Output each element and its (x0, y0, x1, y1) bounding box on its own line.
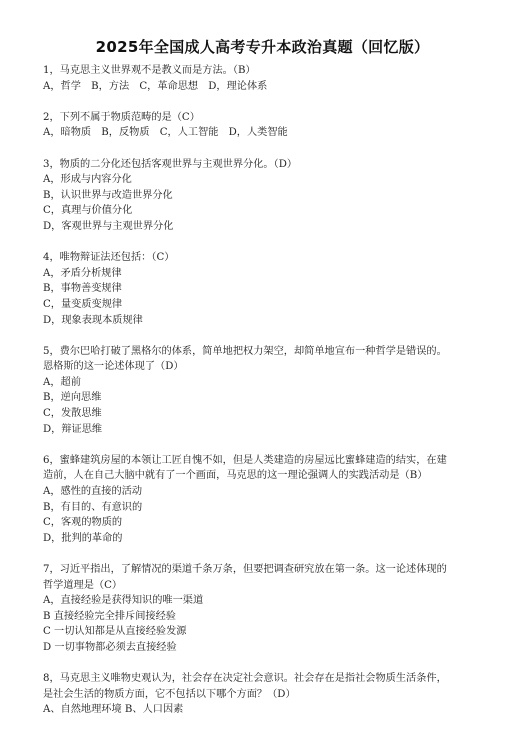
option-c: C，真理与价值分化 (43, 203, 483, 219)
option-b: B，认识世界与改造世界分化 (43, 188, 483, 204)
question-stem: 7，习近平指出，了解情况的渠道千条万条，但要把调查研究放在第一条。这一论述体现的 (43, 562, 483, 578)
option-b: B，逆向思维 (43, 390, 483, 406)
question-options: A，哲学 B，方法 C，革命思想 D，理论体系 (43, 79, 483, 95)
question-4: 4，唯物辩证法还包括：（C） A，矛盾分析规律 B，事物善变规律 C，量变质变规… (43, 250, 483, 328)
question-8: 8，马克思主义唯物史观认为，社会存在决定社会意识。社会存在是指社会物质生活条件，… (43, 671, 483, 718)
option-a: A，形成与内容分化 (43, 172, 483, 188)
question-stem: 3，物质的二分化还包括客观世界与主观世界分化。（D） (43, 157, 483, 173)
question-stem: 6，蜜蜂建筑房屋的本领让工匠自愧不如，但是人类建造的房屋远比蜜蜂建造的结实，在建 (43, 453, 483, 469)
question-stem-cont: 是社会生活的物质方面，它不包括以下哪个方面？（D） (43, 687, 483, 703)
question-5: 5，费尔巴哈打破了黑格尔的体系，简单地把权力架空，却简单地宣布一种哲学是错误的。… (43, 344, 483, 438)
option-d: D，客观世界与主观世界分化 (43, 219, 483, 235)
option-a: A，感性的直接的活动 (43, 484, 483, 500)
option-a: A，矛盾分析规律 (43, 266, 483, 282)
question-stem: 4，唯物辩证法还包括：（C） (43, 250, 483, 266)
question-7: 7，习近平指出，了解情况的渠道千条万条，但要把调查研究放在第一条。这一论述体现的… (43, 562, 483, 656)
option-d: D，批判的革命的 (43, 531, 483, 547)
question-stem: 5，费尔巴哈打破了黑格尔的体系，简单地把权力架空，却简单地宣布一种哲学是错误的。 (43, 344, 483, 360)
question-options: A、自然地理环境 B、人口因素 (43, 702, 483, 718)
option-c: C 一切认知都是从直接经验发源 (43, 624, 483, 640)
option-a: A，直接经验是获得知识的唯一渠道 (43, 593, 483, 609)
document-title: 2025年全国成人高考专升本政治真题（回忆版） (0, 36, 525, 57)
option-c: C，量变质变规律 (43, 297, 483, 313)
option-d: D，辩证思维 (43, 422, 483, 438)
document-body: 1，马克思主义世界观不是教义而是方法。（B） A，哲学 B，方法 C，革命思想 … (43, 63, 483, 734)
question-stem-cont: 造前，人在自己大脑中就有了一个画面，马克思的这一理论强调人的实践活动是（B） (43, 468, 483, 484)
question-stem: 8，马克思主义唯物史观认为，社会存在决定社会意识。社会存在是指社会物质生活条件， (43, 671, 483, 687)
option-b: B，有目的、有意识的 (43, 500, 483, 516)
option-c: C，客观的物质的 (43, 515, 483, 531)
option-d: D 一切事物都必须去直接经验 (43, 640, 483, 656)
option-b: B 直接经验完全排斥间接经验 (43, 609, 483, 625)
question-1: 1，马克思主义世界观不是教义而是方法。（B） A，哲学 B，方法 C，革命思想 … (43, 63, 483, 94)
option-b: B，事物善变规律 (43, 281, 483, 297)
option-c: C，发散思维 (43, 406, 483, 422)
option-a: A，超前 (43, 375, 483, 391)
question-stem: 2，下列不属于物质范畴的是（C） (43, 110, 483, 126)
question-options: A，暗物质 B，反物质 C，人工智能 D，人类智能 (43, 125, 483, 141)
question-2: 2，下列不属于物质范畴的是（C） A，暗物质 B，反物质 C，人工智能 D，人类… (43, 110, 483, 141)
question-6: 6，蜜蜂建筑房屋的本领让工匠自愧不如，但是人类建造的房屋远比蜜蜂建造的结实，在建… (43, 453, 483, 547)
question-stem: 1，马克思主义世界观不是教义而是方法。（B） (43, 63, 483, 79)
option-d: D，现象表现本质规律 (43, 313, 483, 329)
question-stem-cont: 哲学道理是（C） (43, 578, 483, 594)
question-3: 3，物质的二分化还包括客观世界与主观世界分化。（D） A，形成与内容分化 B，认… (43, 157, 483, 235)
document-page: 2025年全国成人高考专升本政治真题（回忆版） 1，马克思主义世界观不是教义而是… (0, 0, 525, 754)
question-stem-cont: 恩格斯的这一论述体现了（D） (43, 359, 483, 375)
